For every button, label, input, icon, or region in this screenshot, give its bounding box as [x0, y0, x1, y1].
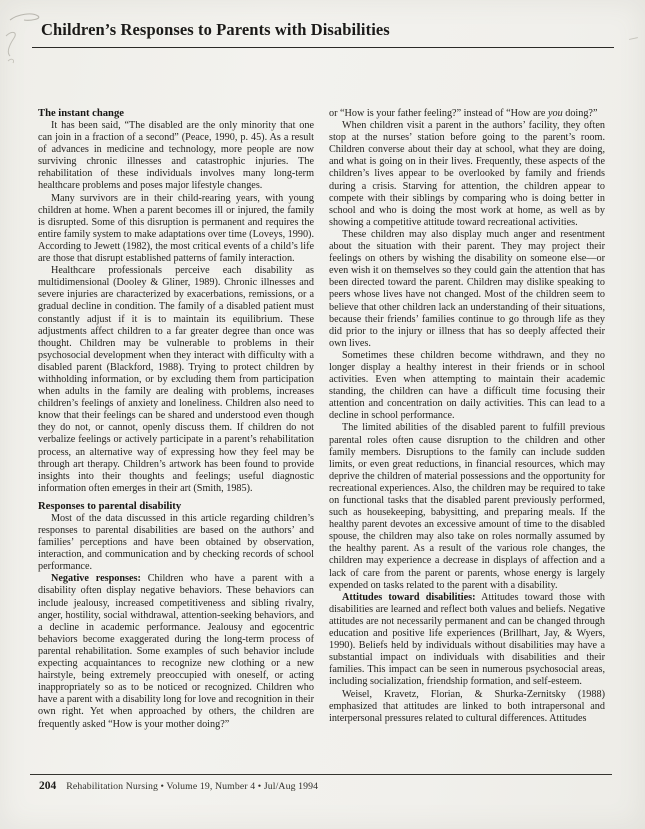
paragraph-text: or “How is your father feeling?” instead…	[329, 108, 548, 119]
scanned-article-page: Children’s Responses to Parents with Dis…	[0, 0, 645, 829]
paragraph-text: Children who have a parent with a disabi…	[38, 573, 314, 729]
paragraph: These children may also display much ang…	[329, 229, 605, 350]
article-title: Children’s Responses to Parents with Dis…	[41, 20, 390, 40]
paragraph: Healthcare professionals perceive each d…	[38, 265, 314, 495]
paragraph-text: Attitudes toward those with disabilities…	[329, 592, 605, 688]
paragraph: Many survivors are in their child-rearin…	[38, 193, 314, 266]
paragraph: Weisel, Kravetz, Florian, & Shurka-Zerni…	[329, 689, 605, 725]
page-number: 204	[39, 780, 56, 792]
paragraph-attitudes: Attitudes toward disabilities: Attitudes…	[329, 592, 605, 689]
section-heading-responses: Responses to parental disability	[38, 501, 314, 512]
title-divider	[32, 47, 614, 48]
paragraph: Most of the data discussed in this artic…	[38, 513, 314, 573]
journal-citation: Rehabilitation Nursing • Volume 19, Numb…	[66, 781, 318, 792]
paragraph: It has been said, “The disabled are the …	[38, 120, 314, 193]
article-body: The instant change It has been said, “Th…	[38, 108, 605, 731]
section-heading-instant-change: The instant change	[38, 108, 314, 119]
italic-word: you	[548, 108, 563, 119]
right-column: or “How is your father feeling?” instead…	[329, 108, 605, 731]
page-footer: 204 Rehabilitation Nursing • Volume 19, …	[39, 780, 318, 792]
paragraph: Sometimes these children become withdraw…	[329, 350, 605, 423]
paragraph-negative-responses: Negative responses: Children who have a …	[38, 573, 314, 730]
paragraph-text: doing?”	[563, 108, 598, 119]
runin-heading: Attitudes toward disabilities:	[342, 592, 476, 603]
left-column: The instant change It has been said, “Th…	[38, 108, 314, 731]
runin-heading: Negative responses:	[51, 573, 141, 584]
scan-smudge	[629, 37, 638, 40]
paragraph-continuation: or “How is your father feeling?” instead…	[329, 108, 605, 120]
paragraph: When children visit a parent in the auth…	[329, 120, 605, 229]
paragraph: The limited abilities of the disabled pa…	[329, 422, 605, 591]
footer-divider	[30, 774, 612, 775]
